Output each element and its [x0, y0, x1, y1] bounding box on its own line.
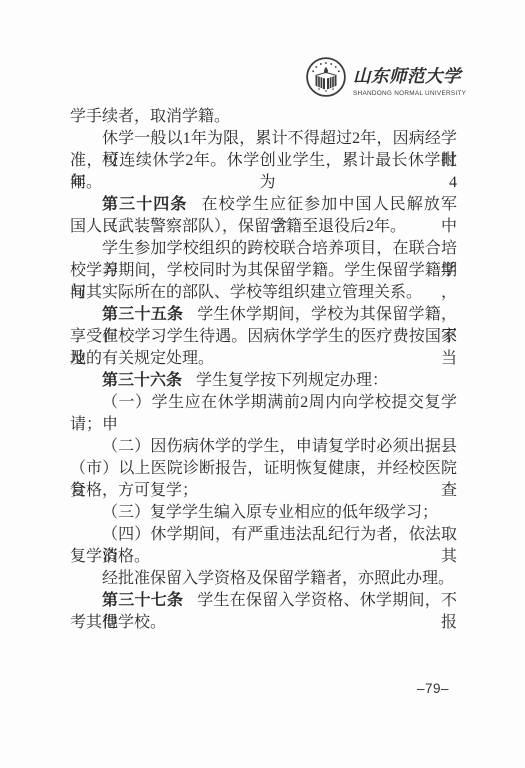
- university-seal-icon: [306, 57, 346, 102]
- text-line: 校学习期间，学校同时为其保留学籍。学生保留学籍期间，: [70, 260, 457, 282]
- line-text: （四）休学期间，有严重违法乱纪行为者，依法取消其: [102, 526, 457, 565]
- line-text: 学生复学按下列规定办理：: [196, 372, 388, 389]
- text-line: （四）休学期间，有严重违法乱纪行为者，依法取消其: [70, 524, 457, 546]
- article-number: 第三十五条: [102, 306, 183, 323]
- text-line: 学手续者，取消学籍。: [70, 106, 457, 128]
- text-line: 休学一般以1年为限，累计不得超过2年，因病经学校批: [70, 128, 457, 150]
- text-line: （二）因伤病休学的学生，申请复学时必须出据县: [70, 436, 457, 458]
- university-name-block: 山东师范大学 SHANDONG NORMAL UNIVERSITY: [353, 63, 466, 97]
- text-line: 享受在校学习学生待遇。因病休学学生的医疗费按国家及当: [70, 326, 457, 348]
- line-text: （二）因伤病休学的学生，申请复学时必须出据县: [102, 438, 457, 455]
- article-number: 第三十四条: [102, 196, 188, 213]
- document-page: 山东师范大学 SHANDONG NORMAL UNIVERSITY 学手续者，取…: [0, 0, 525, 768]
- text-line: （市）以上医院诊断报告，证明恢复健康，并经校医院复查: [70, 458, 457, 480]
- text-line: 第三十七条学生在保留入学资格、休学期间，不得报: [70, 590, 457, 612]
- university-name-english: SHANDONG NORMAL UNIVERSITY: [353, 90, 466, 97]
- article-number: 第三十六条: [102, 372, 182, 389]
- document-body: 学手续者，取消学籍。休学一般以1年为限，累计不得超过2年，因病经学校批准，可连续…: [70, 106, 457, 634]
- text-line: 经批准保留入学资格及保留学籍者，亦照此办理。: [70, 568, 457, 590]
- page-number: –79–: [417, 681, 449, 696]
- line-text: 地的有关规定处理。: [70, 350, 214, 367]
- text-line: 与其实际所在的部队、学校等组织建立管理关系。: [70, 282, 457, 304]
- line-text: 学手续者，取消学籍。: [70, 108, 230, 125]
- text-line: （一）学生应在休学期满前2周内向学校提交复学申: [70, 392, 457, 414]
- university-name-chinese: 山东师范大学: [353, 63, 466, 88]
- text-line: 第三十四条在校学生应征参加中国人民解放军（含中: [70, 194, 457, 216]
- line-text: 年。: [70, 174, 102, 191]
- text-line: 准，可连续休学2年。休学创业学生，累计最长休学时间为4: [70, 150, 457, 172]
- text-line: （三）复学学生编入原专业相应的低年级学习；: [70, 502, 457, 524]
- line-text: 复学资格。: [70, 548, 150, 565]
- text-line: 第三十六条学生复学按下列规定办理：: [70, 370, 457, 392]
- line-text: 请；: [70, 416, 102, 433]
- line-text: 准，可连续休学2年。休学创业学生，累计最长休学时间为4: [70, 152, 457, 191]
- text-line: 国人民武装警察部队），保留学籍至退役后2年。: [70, 216, 457, 238]
- line-text: 国人民武装警察部队），保留学籍至退役后2年。: [70, 218, 406, 235]
- line-text: 经批准保留入学资格及保留学籍者，亦照此办理。: [102, 570, 454, 587]
- university-logo: 山东师范大学 SHANDONG NORMAL UNIVERSITY: [306, 57, 466, 102]
- line-text: 考其他学校。: [70, 614, 166, 631]
- text-line: 请；: [70, 414, 457, 436]
- line-text: 与其实际所在的部队、学校等组织建立管理关系。: [70, 284, 422, 301]
- article-number: 第三十七条: [102, 592, 183, 609]
- text-line: 学生参加学校组织的跨校联合培养项目，在联合培养学: [70, 238, 457, 260]
- line-text: 合格，方可复学；: [70, 482, 198, 499]
- text-line: 第三十五条学生休学期间，学校为其保留学籍，但不: [70, 304, 457, 326]
- line-text: （三）复学学生编入原专业相应的低年级学习；: [102, 504, 438, 521]
